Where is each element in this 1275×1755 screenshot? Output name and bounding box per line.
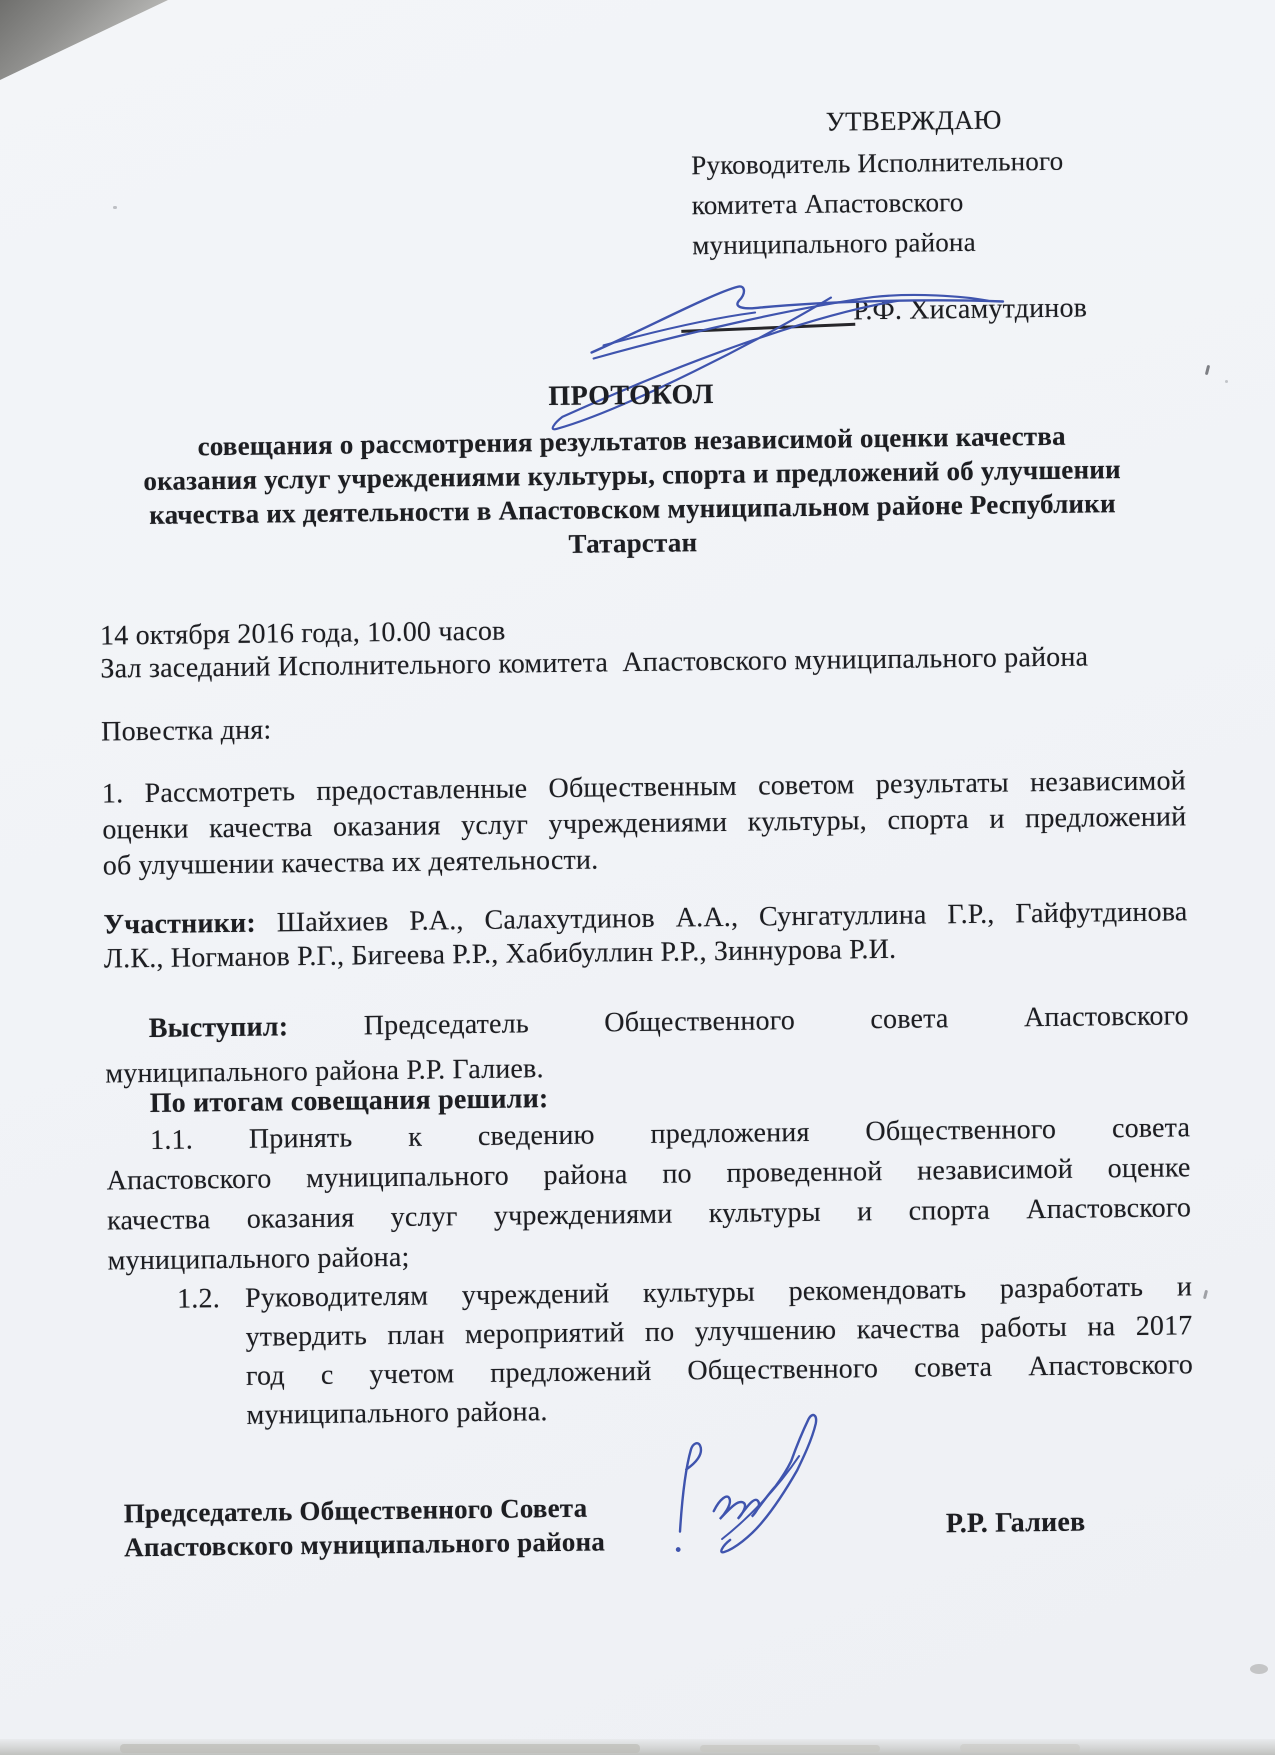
meeting-meta: 14 октября 2016 года, 10.00 часов Зал за… [100, 606, 1191, 685]
participants-label: Участники: [103, 908, 256, 941]
footer-position: Председатель Общественного Совета Апасто… [124, 1490, 606, 1564]
title-block: ПРОТОКОЛ совещания о рассмотрения резуль… [89, 373, 1175, 566]
scan-speck [113, 206, 117, 209]
speaker-label: Выступил: [149, 1011, 289, 1044]
footer-signer-name: Р.Р. Галиев [946, 1507, 1086, 1541]
footer-signature [656, 1398, 838, 1580]
document-title: ПРОТОКОЛ [89, 373, 1173, 418]
speaker-line-1: Председатель Общественного совета Апасто… [364, 1000, 1189, 1041]
approval-block: УТВЕРЖДАЮ Руководитель Исполнительного к… [691, 98, 1093, 265]
approval-position-line1: Руководитель Исполнительного [691, 140, 1091, 185]
scan-bottom-blotch [960, 1744, 1080, 1752]
document-content: УТВЕРЖДАЮ Руководитель Исполнительного к… [0, 0, 1275, 1755]
resolution-heading: По итогам совещания решили: [150, 1083, 549, 1120]
scan-bottom-blotch [700, 1745, 880, 1752]
scan-speck [1225, 380, 1228, 383]
agenda-heading: Повестка дня: [101, 714, 272, 748]
footer-position-line-2: Апастовского муниципального района [124, 1524, 605, 1564]
resolution-1-2-number: 1.2. [177, 1279, 220, 1319]
agenda-item-1: 1. Рассмотреть предоставленные Обществен… [102, 763, 1187, 884]
scan-bottom-blotch [120, 1744, 640, 1753]
scanned-document-page: УТВЕРЖДАЮ Руководитель Исполнительного к… [0, 0, 1275, 1755]
scan-edge-smudge [1250, 1664, 1268, 1674]
participants-paragraph: Участники: Шайхиев Р.А., Салахутдинов А.… [103, 895, 1188, 976]
approval-stamp-label: УТВЕРЖДАЮ [826, 98, 1091, 141]
speaker-paragraph: Выступил: Председатель Общественного сов… [105, 993, 1190, 1096]
footer-signature-strokes [656, 1398, 838, 1580]
approval-position-line2: комитета Апастовского [692, 180, 1092, 225]
resolution-1-2-line-1: Руководителям учреждений культуры рекоме… [245, 1271, 1192, 1314]
resolution-item-1-1: 1.1. Принять к сведению предложения Обще… [106, 1108, 1192, 1281]
